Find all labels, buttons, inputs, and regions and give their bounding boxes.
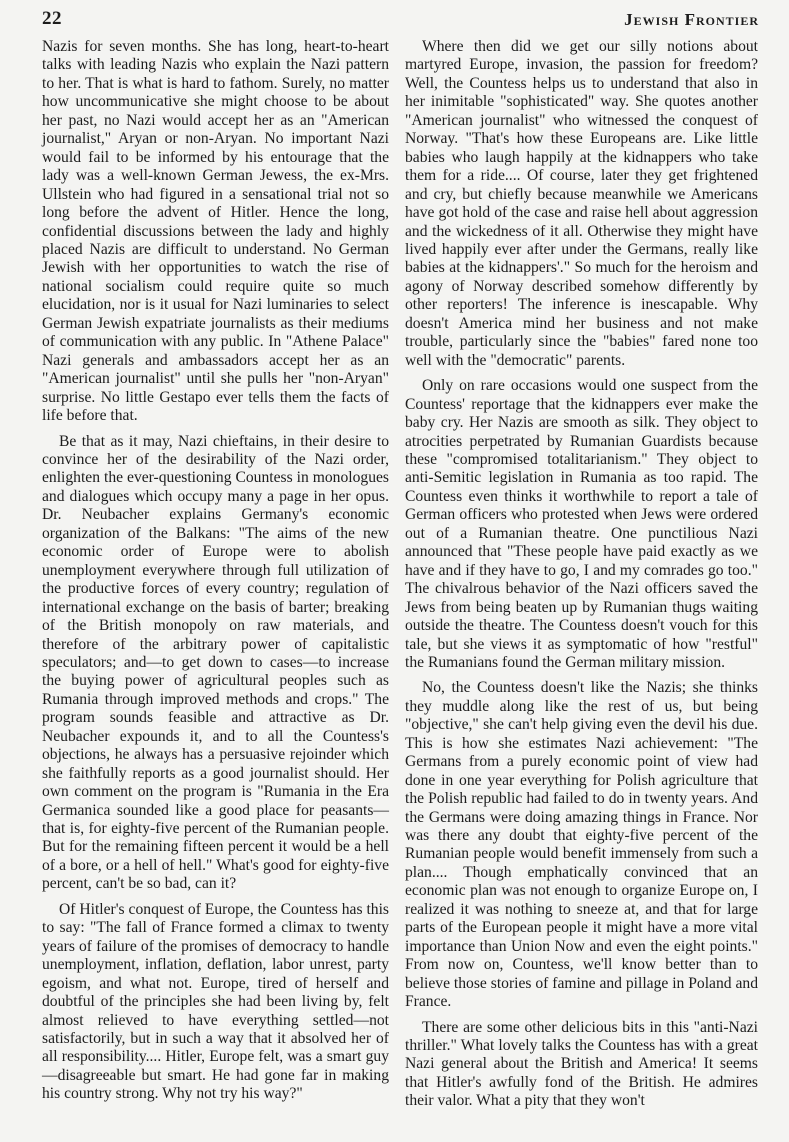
paragraph: Be that as it may, Nazi chieftains, in t… (42, 433, 389, 894)
left-column: Nazis for seven months. She has long, he… (42, 38, 389, 1111)
running-head: Jewish Frontier (624, 10, 759, 30)
page-number: 22 (42, 8, 62, 30)
paragraph: No, the Countess doesn't like the Nazis;… (405, 679, 758, 1011)
paragraph: Of Hitler's conquest of Europe, the Coun… (42, 901, 389, 1104)
right-column: Where then did we get our silly notions … (405, 38, 758, 1118)
paragraph: There are some other delicious bits in t… (405, 1019, 758, 1111)
paragraph: Where then did we get our silly notions … (405, 38, 758, 370)
paragraph: Nazis for seven months. She has long, he… (42, 38, 389, 426)
paragraph: Only on rare occasions would one suspect… (405, 377, 758, 672)
